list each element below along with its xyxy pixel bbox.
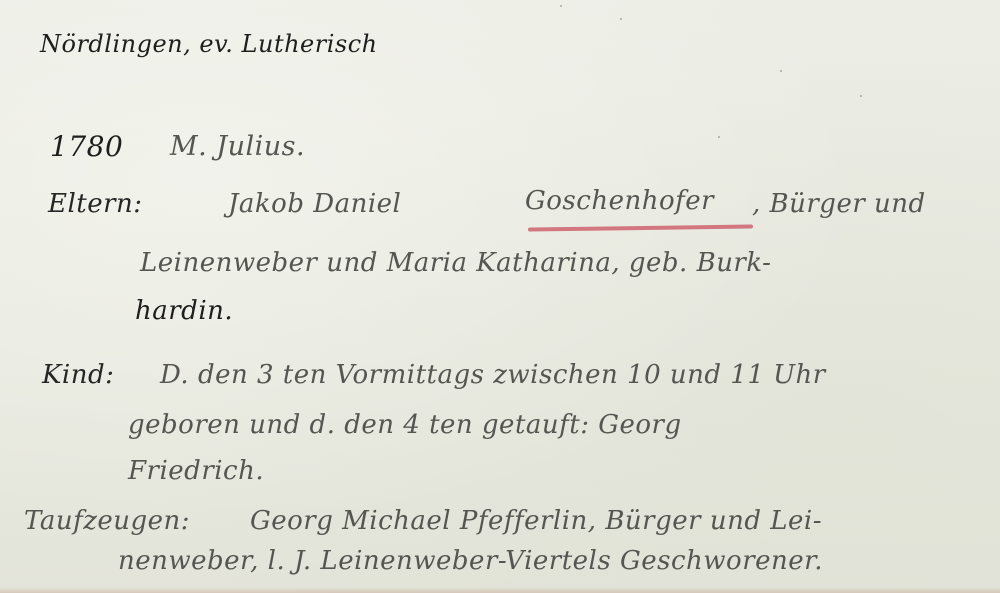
parents-line-3: hardin. [135,298,233,324]
child-line-3: Friedrich. [128,458,264,484]
parents-line-2: Leinenweber und Maria Katharina, geb. Bu… [140,250,771,276]
godparents-line-2: nenweber, l. J. Leinenweber-Viertels Ges… [118,548,823,574]
parents-given-names: Jakob Daniel [228,191,401,217]
paper-speck [780,70,782,72]
parents-surname: Goschenhofer [525,188,714,214]
paper-speck [718,136,720,138]
genealogy-index-card: Nördlingen, ev. Lutherisch 1780 M. Juliu… [0,0,1000,593]
paper-speck [620,18,622,20]
surname-red-underline [528,224,753,231]
location-header: Nördlingen, ev. Lutherisch [40,32,378,56]
godparents-line-1: Georg Michael Pfefferlin, Bürger und Lei… [250,508,822,534]
child-line-1: D. den 3 ten Vormittags zwischen 10 und … [160,362,826,388]
child-label: Kind: [42,362,114,388]
entry-year: 1780 [50,133,123,161]
parents-label: Eltern: [48,191,143,217]
paper-speck [860,95,862,97]
godparents-label: Taufzeugen: [24,508,190,534]
child-line-2: geboren und d. den 4 ten getauft: Georg [128,412,682,438]
paper-speck [560,5,562,7]
entry-month: M. Julius. [170,133,305,160]
parents-occupation: , Bürger und [752,191,926,217]
